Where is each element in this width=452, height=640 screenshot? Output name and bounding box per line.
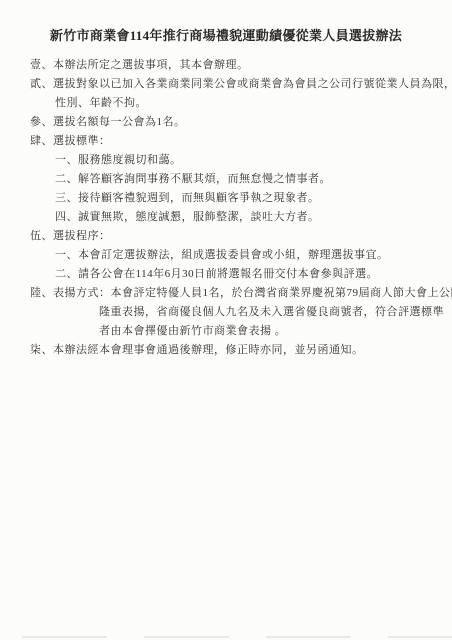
document-line: 隆重表揚，省商優良個人九名及未入選省優良商號者，符合評選標準 <box>0 303 452 322</box>
document-line: 貳、選拔對象以已加入各業商業同業公會或商業會為會員之公司行號從業人員為限， <box>0 75 452 94</box>
document-line: 肆、選拔標準： <box>0 132 452 151</box>
document-body: 壹、本辦法所定之選拔事項，其本會辦理。貳、選拔對象以已加入各業商業同業公會或商業… <box>0 56 452 360</box>
document-line: 柒、本辦法經本會理事會通過後辦理，修正時亦同，並另函通知。 <box>0 341 452 360</box>
document-line: 者由本會擇優由新竹市商業會表揚 。 <box>0 322 452 341</box>
document-title: 新竹市商業會114年推行商場禮貌運動績優從業人員選拔辦法 <box>0 0 452 45</box>
document-line: 二、請各公會在114年6月30日前將選報名冊交付本會參與評選。 <box>0 265 452 284</box>
document-line: 三、接待顧客禮貌週到，而無與顧客爭執之現象者。 <box>0 189 452 208</box>
document-line: 陸、表揚方式：本會評定特優人員1名，於台灣省商業界慶祝第79屆商人節大會上公開 <box>0 284 452 303</box>
document-line: 四、誠實無欺，態度誠懇，服飾整潔，談吐大方者。 <box>0 208 452 227</box>
document-line: 二、解答顧客詢問事務不厭其煩，而無怠慢之情事者。 <box>0 170 452 189</box>
document-line: 一、本會訂定選拔辦法，組成選拔委員會或小組，辦理選拔事宜。 <box>0 246 452 265</box>
document-line: 壹、本辦法所定之選拔事項，其本會辦理。 <box>0 56 452 75</box>
document-page: 新竹市商業會114年推行商場禮貌運動績優從業人員選拔辦法 壹、本辦法所定之選拔事… <box>0 0 452 640</box>
document-line: 一、服務態度親切和藹。 <box>0 151 452 170</box>
document-line: 參、選拔名額每一公會為1名。 <box>0 113 452 132</box>
document-line: 伍、選拔程序： <box>0 227 452 246</box>
scan-artifact-line <box>22 636 452 638</box>
document-line: 性別、年齡不拘。 <box>0 94 452 113</box>
